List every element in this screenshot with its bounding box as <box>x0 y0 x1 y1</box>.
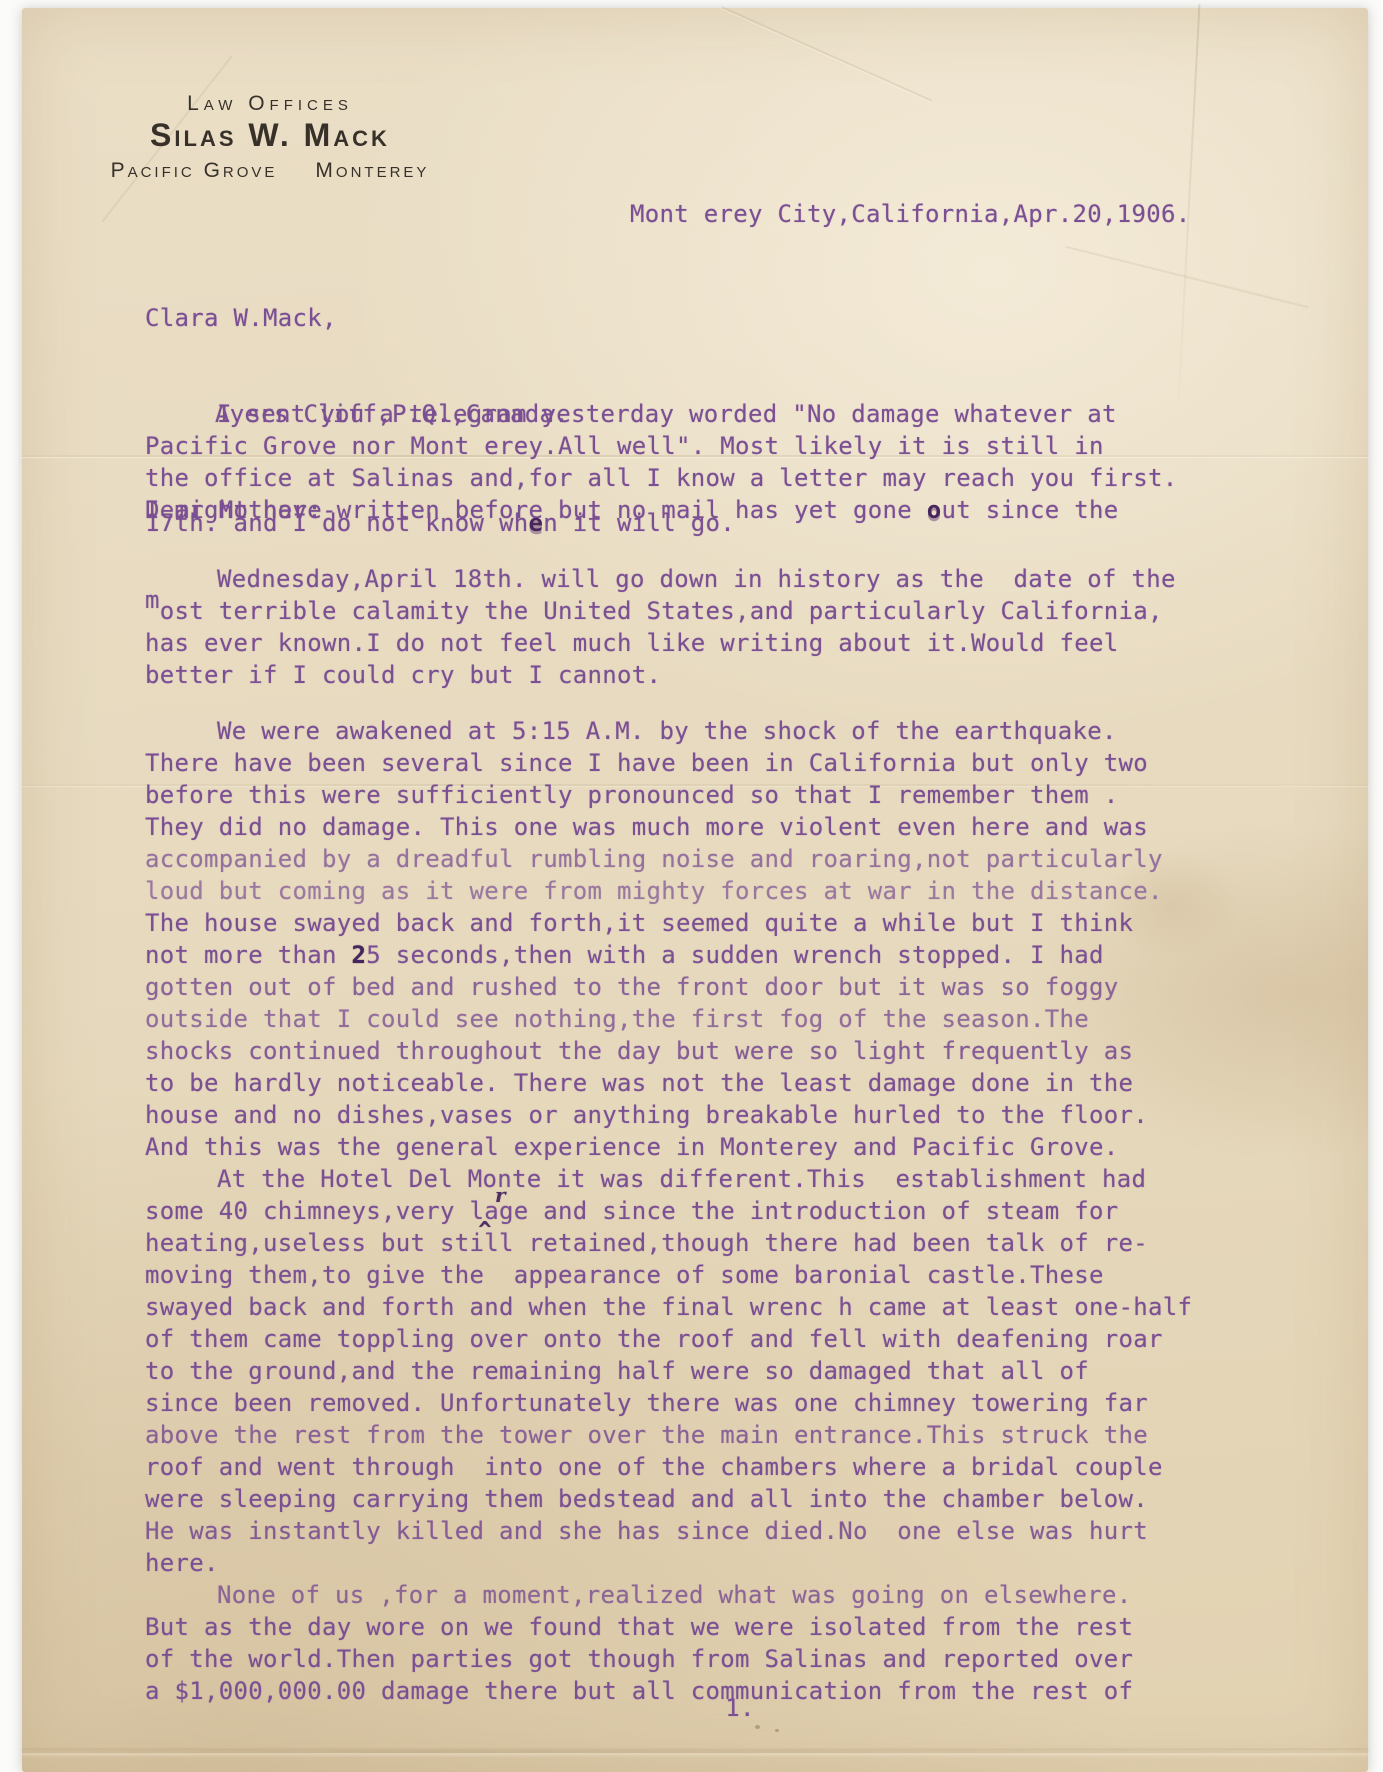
ink-mark-over: e <box>528 509 543 537</box>
letterhead: Law Offices Silas W. Mack Pacific Grove … <box>95 92 445 183</box>
letter-line: of them came toppling over onto the roof… <box>145 1323 1251 1355</box>
letter-line: most terrible calamity the United States… <box>145 595 1251 627</box>
letter-line: Wednesday,April 18th. will go down in hi… <box>145 563 1251 595</box>
letterhead-firm-name: Silas W. Mack <box>95 117 445 154</box>
letter-line: He was instantly killed and she has sinc… <box>145 1515 1251 1547</box>
letter-line: And this was the general experience in M… <box>145 1131 1251 1163</box>
letter-line: has ever known.I do not feel much like w… <box>145 627 1251 659</box>
letter-body: I sent you a telegram yesterday worded "… <box>145 398 1251 1707</box>
ink-speck <box>755 1725 760 1729</box>
letter-line: shocks continued throughout the day but … <box>145 1035 1251 1067</box>
recipient-name: Clara W.Mack, <box>145 302 569 334</box>
crease-diagonal-right <box>1065 246 1308 308</box>
page-number: 1. <box>235 1694 1245 1722</box>
letter-line: to be hardly noticeable. There was not t… <box>145 1067 1251 1099</box>
letter-line: None of us ,for a moment,realized what w… <box>145 1579 1251 1611</box>
letter-line: outside that I could see nothing,the fir… <box>145 1003 1251 1035</box>
letter-line: since been removed. Unfortunately there … <box>145 1387 1251 1419</box>
letterhead-location-monterey: Monterey <box>315 159 429 183</box>
letter-line: There have been several since I have bee… <box>145 747 1251 779</box>
letter-line: above the rest from the tower over the m… <box>145 1419 1251 1451</box>
dateline: Mont erey City,California,Apr.20,1906. <box>630 200 1190 228</box>
letter-line: swayed back and forth and when the final… <box>145 1291 1251 1323</box>
letter-line: not more than 25 seconds,then with a sud… <box>145 939 1251 971</box>
paragraph: Wednesday,April 18th. will go down in hi… <box>145 563 1251 691</box>
letter-line: The house swayed back and forth,it seeme… <box>145 907 1251 939</box>
ink-mark-sup: m <box>145 586 160 614</box>
letter-line: gotten out of bed and rushed to the fron… <box>145 971 1251 1003</box>
letter-line: to the ground,and the remaining half wer… <box>145 1355 1251 1387</box>
letter-line: before this were sufficiently pronounced… <box>145 779 1251 811</box>
letter-line: some 40 chimneys,very large and since th… <box>145 1195 1251 1227</box>
letterhead-locations: Pacific Grove Monterey <box>95 159 445 183</box>
letter-line: of the world.Then parties got though fro… <box>145 1643 1251 1675</box>
letter-line: I sent you a telegram yesterday worded "… <box>145 398 1251 430</box>
letter-line: Pacific Grove nor Mont erey.All well". M… <box>145 430 1251 462</box>
letter-line: loud but coming as it were from mighty f… <box>145 875 1251 907</box>
letter-line: accompanied by a dreadful rumbling noise… <box>145 843 1251 875</box>
letter-line: At the Hotel Del Monte it was different.… <box>145 1163 1251 1195</box>
letter-line: the office at Salinas and,for all I know… <box>145 462 1251 494</box>
paragraph: I sent you a telegram yesterday worded "… <box>145 398 1251 539</box>
ink-mark-over: o <box>927 496 942 524</box>
paragraph: We were awakened at 5:15 A.M. by the sho… <box>145 715 1251 1163</box>
letter-line: house and no dishes,vases or anything br… <box>145 1099 1251 1131</box>
letter-line: roof and went through into one of the ch… <box>145 1451 1251 1483</box>
letter-line: better if I could cry but I cannot. <box>145 659 1251 691</box>
letter-line: were sleeping carrying them bedstead and… <box>145 1483 1251 1515</box>
paragraph: At the Hotel Del Monte it was different.… <box>145 1163 1251 1579</box>
letter-line: We were awakened at 5:15 A.M. by the sho… <box>145 715 1251 747</box>
letterhead-location-pacific-grove: Pacific Grove <box>111 159 278 183</box>
scanned-letter-page: { "colors": { "typewriter_ink": "#7b4f93… <box>0 0 1383 1772</box>
ink-mark-dark: 2 <box>352 941 367 969</box>
fold-crease-bottom <box>22 1750 1368 1753</box>
ink-speck <box>775 1729 779 1732</box>
letter-line: They did no damage. This one was much mo… <box>145 811 1251 843</box>
letter-line: here. <box>145 1547 1251 1579</box>
letter-line: But as the day wore on we found that we … <box>145 1611 1251 1643</box>
paragraph: None of us ,for a moment,realized what w… <box>145 1579 1251 1707</box>
crease-diagonal-top <box>722 6 933 101</box>
letterhead-law-offices: Law Offices <box>95 92 445 116</box>
letter-line: heating,useless but sti^ll retained,thou… <box>145 1227 1251 1259</box>
letter-line: moving them,to give the appearance of so… <box>145 1259 1251 1291</box>
